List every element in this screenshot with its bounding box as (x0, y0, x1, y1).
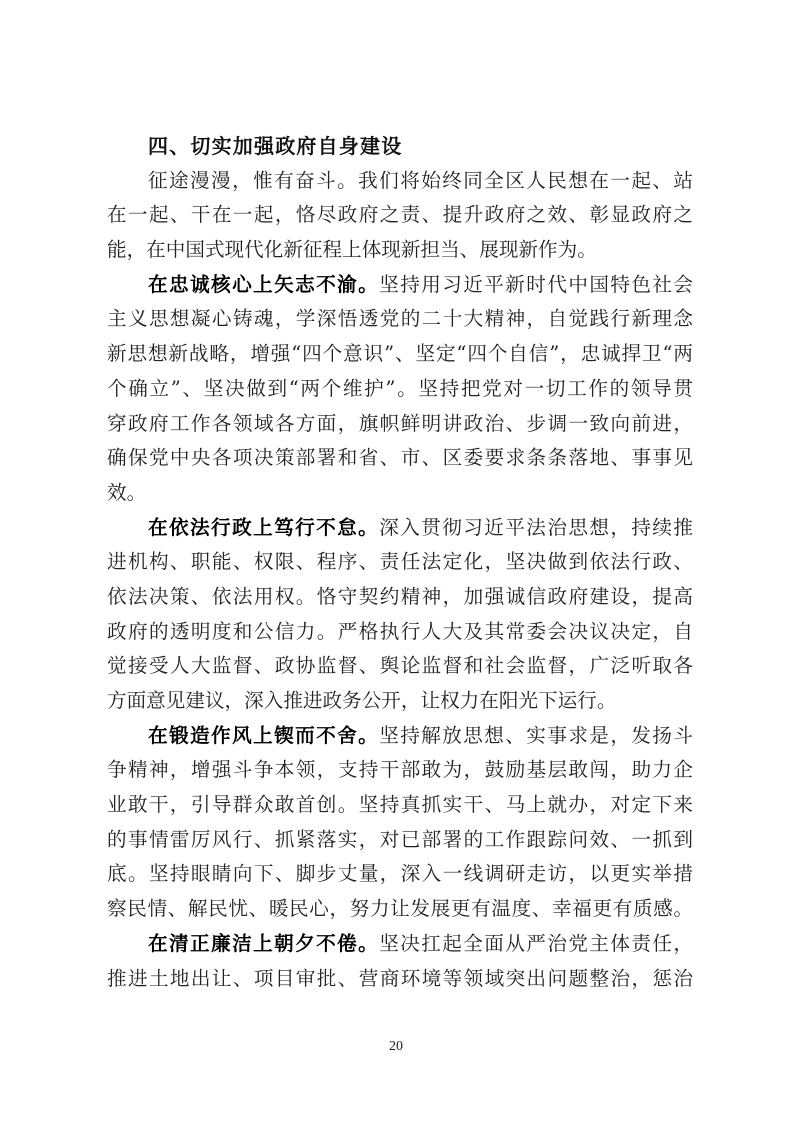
text-line: 能，在中国式现代化新征程上体现新担当、展现新作为。 (107, 233, 693, 268)
text-line: 主义思想凝心铸魂，学深悟透党的二十大精神，自觉践行新理念 (107, 302, 693, 337)
text-line: 察民情、解民忧、暖民心，努力让发展更有温度、幸福更有质感。 (107, 892, 693, 927)
page-number: 20 (0, 1039, 792, 1055)
paragraph-lead: 在清正廉洁上朝夕不倦。 (148, 932, 379, 955)
text-line: 在一起、干在一起，恪尽政府之责、提升政府之效、彰显政府之 (107, 198, 693, 233)
text-line-rest: 坚持用习近平新时代中国特色社会 (379, 273, 693, 296)
section-heading: 四、切实加强政府自身建设 (107, 129, 693, 164)
paragraph-work-style: 在锻造作风上锲而不舍。坚持解放思想、实事求是，发扬斗 争精神，增强斗争本领，支持… (107, 719, 693, 927)
text-line: 底。坚持眼睛向下、脚步丈量，深入一线调研走访，以更实举措 (107, 857, 693, 892)
text-line: 效。 (107, 476, 693, 511)
paragraph-integrity: 在清正廉洁上朝夕不倦。坚决扛起全面从严治党主体责任， 推进土地出让、项目审批、营… (107, 927, 693, 996)
text-line: 政府的透明度和公信力。严格执行人大及其常委会决议决定，自 (107, 615, 693, 650)
paragraph-lead: 在依法行政上笃行不怠。 (148, 516, 379, 539)
text-line: 觉接受人大监督、政协监督、舆论监督和社会监督，广泛听取各 (107, 649, 693, 684)
paragraph-loyalty: 在忠诚核心上矢志不渝。坚持用习近平新时代中国特色社会 主义思想凝心铸魂，学深悟透… (107, 268, 693, 511)
text-line: 在忠诚核心上矢志不渝。坚持用习近平新时代中国特色社会 (107, 268, 693, 303)
text-line: 在依法行政上笃行不怠。深入贯彻习近平法治思想，持续推 (107, 511, 693, 546)
text-line: 穿政府工作各领域各方面，旗帜鲜明讲政治、步调一致向前进， (107, 407, 693, 442)
text-line-rest: 坚持解放思想、实事求是，发扬斗 (379, 724, 693, 747)
paragraph-lead: 在锻造作风上锲而不舍。 (148, 724, 379, 747)
text-line: 在锻造作风上锲而不舍。坚持解放思想、实事求是，发扬斗 (107, 719, 693, 754)
text-line: 的事情雷厉风行、抓紧落实，对已部署的工作跟踪问效、一抓到 (107, 823, 693, 858)
text-line-rest: 坚决扛起全面从严治党主体责任， (379, 932, 693, 955)
text-line: 在清正廉洁上朝夕不倦。坚决扛起全面从严治党主体责任， (107, 927, 693, 962)
text-line-rest: 深入贯彻习近平法治思想，持续推 (379, 516, 693, 539)
text-line: 推进土地出让、项目审批、营商环境等领域突出问题整治，惩治 (107, 962, 693, 997)
paragraph-rule-of-law: 在依法行政上笃行不怠。深入贯彻习近平法治思想，持续推 进机构、职能、权限、程序、… (107, 511, 693, 719)
text-line: 新思想新战略，增强“四个意识”、坚定“四个自信”，忠诚捍卫“两 (107, 337, 693, 372)
text-line: 个确立”、坚决做到“两个维护”。坚持把党对一切工作的领导贯 (107, 372, 693, 407)
paragraph-lead: 在忠诚核心上矢志不渝。 (148, 273, 379, 296)
text-line: 争精神，增强斗争本领，支持干部敢为，鼓励基层敢闯，助力企 (107, 753, 693, 788)
text-line: 确保党中央各项决策部署和省、市、区委要求条条落地、事事见 (107, 441, 693, 476)
text-line: 业敢干，引导群众敢首创。坚持真抓实干、马上就办，对定下来 (107, 788, 693, 823)
text-line: 进机构、职能、权限、程序、责任法定化，坚决做到依法行政、 (107, 545, 693, 580)
document-page: 四、切实加强政府自身建设 征途漫漫，惟有奋斗。我们将始终同全区人民想在一起、站 … (107, 129, 693, 996)
text-line: 依法决策、依法用权。恪守契约精神，加强诚信政府建设，提高 (107, 580, 693, 615)
paragraph-intro: 征途漫漫，惟有奋斗。我们将始终同全区人民想在一起、站 在一起、干在一起，恪尽政府… (107, 164, 693, 268)
text-line: 方面意见建议，深入推进政务公开，让权力在阳光下运行。 (107, 684, 693, 719)
text-line: 征途漫漫，惟有奋斗。我们将始终同全区人民想在一起、站 (107, 164, 693, 199)
